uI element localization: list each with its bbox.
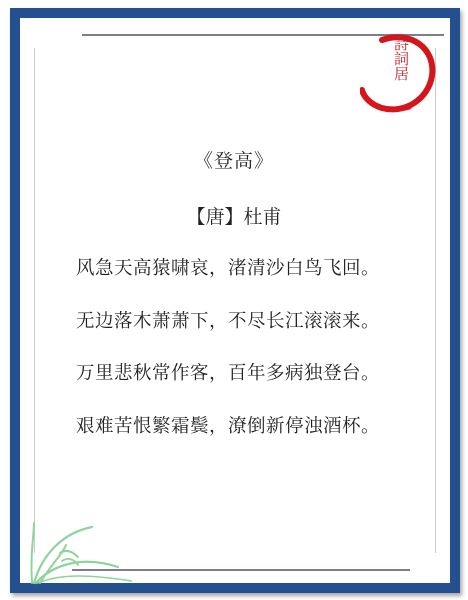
orchid-leaves-icon — [22, 505, 132, 585]
poem-body: 风急天高猿啸哀，渚清沙白鸟飞回。 无边落木萧萧下，不尽长江滚滚来。 万里悲秋常作… — [76, 256, 416, 466]
decorative-line-right — [435, 48, 436, 553]
decorative-line-left — [34, 48, 35, 553]
poem-line: 艰难苦恨繁霜鬓，潦倒新停浊酒杯。 — [76, 414, 416, 467]
seal-text: 詩詞居 — [382, 36, 412, 81]
poem-title: 《登高》 — [0, 146, 468, 173]
poem-line: 万里悲秋常作客，百年多病独登台。 — [76, 361, 416, 414]
poem-author: 【唐】杜甫 — [0, 202, 468, 229]
poem-line: 风急天高猿啸哀，渚清沙白鸟飞回。 — [76, 256, 416, 309]
seal-logo: 詩詞居 — [360, 28, 438, 114]
poem-line: 无边落木萧萧下，不尽长江滚滚来。 — [76, 309, 416, 362]
